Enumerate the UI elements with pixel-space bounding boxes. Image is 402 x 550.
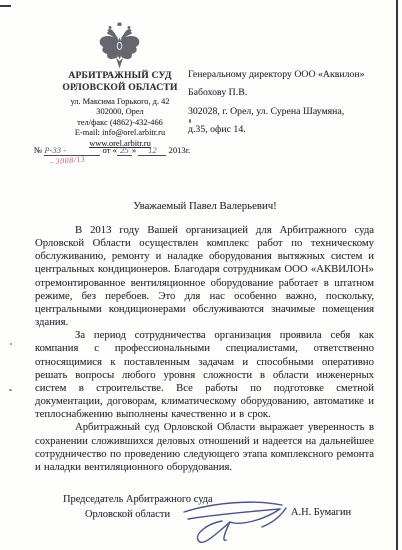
scanned-letter-page: АРБИТРАЖНЫЙ СУД ОРЛОВСКОЙ ОБЛАСТИ ул. Ма… — [0, 0, 402, 550]
signer-name: А.Н. Бумагин — [291, 507, 351, 518]
reference-number-line: № Р-33 - от «25» 12 2013г. — [34, 145, 254, 156]
recipient-name: Бабохову П.В. — [188, 84, 384, 102]
date-month-handwritten: 12 — [148, 145, 157, 155]
address-email: E-mail: info@orel.arbitr.ru — [28, 128, 212, 138]
scan-edge-line — [396, 0, 398, 550]
court-name: АРБИТРАЖНЫЙ СУД ОРЛОВСКОЙ ОБЛАСТИ — [28, 70, 212, 93]
paragraph-1: В 2013 году Вашей организацией для Арбит… — [35, 224, 374, 329]
court-name-line1: АРБИТРАЖНЫЙ СУД — [28, 70, 212, 82]
handwritten-registration-note: - 3008/13 — [50, 154, 86, 166]
date-close-quote: » — [132, 145, 136, 155]
court-address-block: ул. Максима Горького, д. 42 302000, Орел… — [28, 97, 212, 149]
russian-coat-of-arms-icon — [97, 20, 142, 70]
address-street: ул. Максима Горького, д. 42 — [28, 97, 212, 107]
paragraph-2: За период сотрудничества организация про… — [35, 329, 374, 421]
salutation: Уважаемый Павел Валерьевич! — [35, 200, 375, 212]
address-phone: тел/факс (4862)-432-466 — [28, 118, 212, 128]
recipient-address-line2: д.35, офис 14. — [188, 121, 384, 139]
address-city: 302000, Орел — [28, 107, 212, 117]
date-year: 2013г. — [169, 145, 191, 155]
handwritten-signature-icon — [178, 490, 296, 548]
scan-speck — [9, 389, 12, 391]
recipient-title: Генеральному директору ООО «Аквилон» — [188, 66, 384, 84]
scan-speck — [10, 343, 12, 345]
paragraph-3: Арбитражный суд Орловской Области выража… — [35, 421, 374, 474]
letter-body: В 2013 году Вашей организацией для Арбит… — [35, 224, 374, 474]
date-day-blank: 25 — [117, 145, 132, 156]
scan-corner-mark — [0, 5, 11, 7]
ref-number-blank: Р-33 - — [44, 145, 100, 156]
ref-number-handwritten: Р-33 - — [44, 145, 66, 155]
court-name-line2: ОРЛОВСКОЙ ОБЛАСТИ — [28, 82, 212, 94]
recipient-address-line1: 302028, г. Орел, ул. Сурена Шаумяна, — [188, 103, 384, 121]
recipient-block: Генеральному директору ООО «Аквилон» Баб… — [188, 66, 384, 140]
ref-no-label: № — [34, 145, 42, 155]
date-day-handwritten: 25 — [120, 145, 129, 155]
date-from-label: от « — [103, 145, 117, 155]
date-month-blank: 12 — [138, 145, 166, 156]
